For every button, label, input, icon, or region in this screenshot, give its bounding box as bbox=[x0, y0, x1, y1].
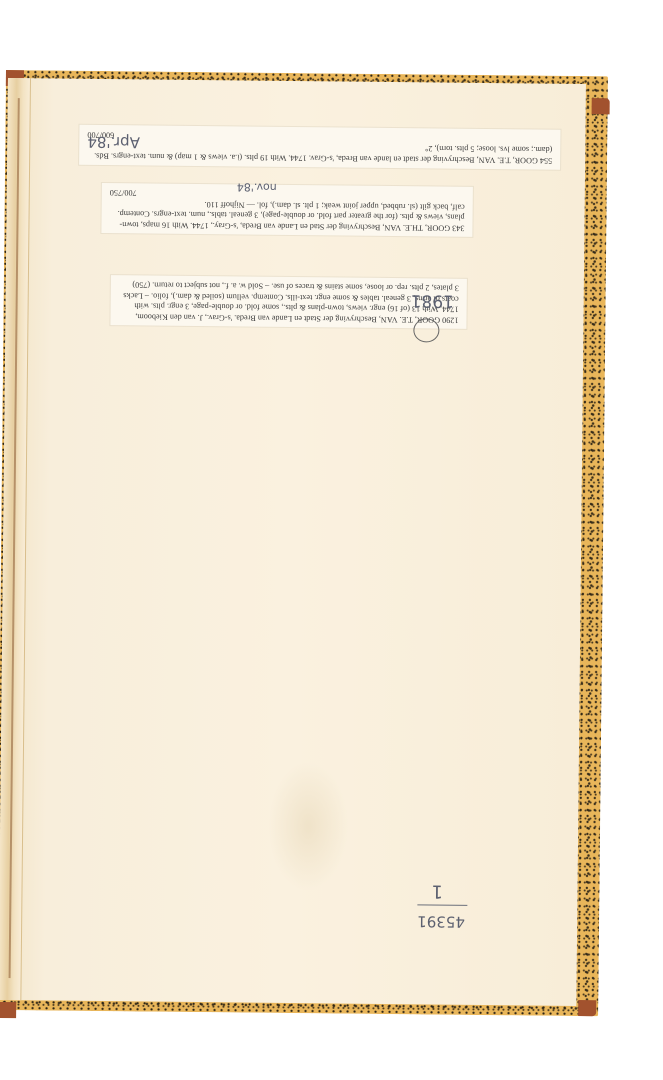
pencil-note-year: 1981 bbox=[411, 290, 454, 310]
spine-crease bbox=[9, 98, 20, 978]
clipping-text: 343 GOOR, TH.E. VAN, Beschryving der Sta… bbox=[109, 198, 464, 233]
leather-corner bbox=[592, 98, 610, 114]
paper-stain bbox=[268, 761, 349, 892]
clipping-lot-554: 554 GOOR, T.E. VAN, Beschryving der stad… bbox=[79, 125, 560, 170]
endpaper-page: 554 GOOR, T.E. VAN, Beschryving der stad… bbox=[0, 78, 586, 1006]
pencil-circle-mark bbox=[413, 318, 439, 342]
clipping-text: 554 GOOR, T.E. VAN, Beschryving der stad… bbox=[87, 139, 552, 165]
leather-corner bbox=[578, 1000, 596, 1016]
pencil-fraction-line bbox=[417, 904, 467, 906]
pencil-fraction-denominator: 45391 bbox=[417, 912, 465, 930]
clipping-lot-343: 343 GOOR, TH.E. VAN, Beschryving der Sta… bbox=[101, 183, 473, 237]
clipping-text: 1290 GOOR, T.E. VAN, Beschryving der Sta… bbox=[118, 279, 458, 325]
pencil-fraction-numerator: 1 bbox=[431, 880, 443, 901]
pencil-note-date: nov.'84 bbox=[237, 180, 277, 193]
pencil-note-date: Apr.'84 bbox=[87, 133, 140, 152]
leather-corner bbox=[0, 1002, 16, 1018]
